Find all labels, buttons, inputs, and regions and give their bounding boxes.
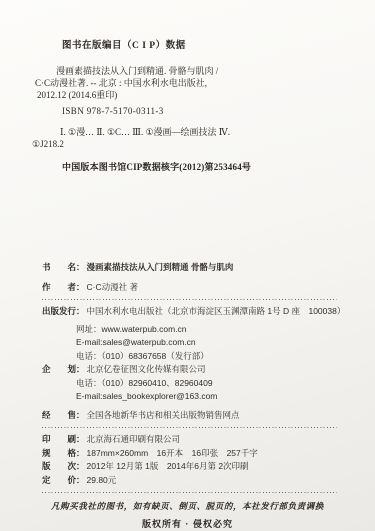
edition-label: 版次 bbox=[42, 460, 76, 474]
colon: ： bbox=[76, 410, 85, 420]
classification-line-1: Ⅰ. ①漫… Ⅱ. ①C… Ⅲ. ①漫画—绘画技法 Ⅳ. bbox=[60, 126, 365, 138]
distribution-value: 全国各地新华书店和相关出版物销售网点 bbox=[87, 410, 240, 420]
cip-line-title: 漫画素描技法从入门到精通. 骨骼与肌肉 / bbox=[56, 65, 365, 77]
colon: ： bbox=[76, 262, 85, 272]
colon: ： bbox=[76, 475, 85, 485]
distribution-row: 经售：全国各地新华书店和相关出版物销售网点 bbox=[0, 409, 375, 423]
format-value: 187mm×260mm 16开本 16印张 257千字 bbox=[87, 448, 258, 458]
cip-line-author-publisher: C·C动漫社著. -- 北京 : 中国水利水电出版社, bbox=[35, 77, 365, 89]
author-label: 作者 bbox=[42, 281, 76, 295]
edition-row: 版次：2012年 12月第 1版 2014年6月第 2次印刷 bbox=[0, 460, 375, 474]
edition-value: 2012年 12月第 1版 2014年6月第 2次印刷 bbox=[87, 461, 249, 471]
colon: ： bbox=[76, 448, 85, 458]
isbn-line: ISBN 978-7-5170-0311-3 bbox=[62, 105, 365, 117]
colon: ： bbox=[76, 306, 85, 316]
price-value: 29.80元 bbox=[87, 475, 117, 485]
author-row: 作者：C·C动漫社 著 bbox=[0, 281, 375, 295]
cip-line-date: 2012.12 (2014.6重印) bbox=[37, 89, 365, 101]
distribution-label: 经售 bbox=[42, 409, 76, 423]
book-title-value: 漫画素描技法从入门到精通 骨骼与肌肉 bbox=[87, 262, 234, 272]
planning-row: 企划：北京亿卷征图文化传媒有限公司 bbox=[0, 363, 375, 377]
book-title-row: 书名：漫画素描技法从入门到精通 骨骼与肌肉 bbox=[0, 261, 375, 275]
dotted-divider bbox=[42, 492, 337, 493]
colon: ： bbox=[76, 434, 85, 444]
colon: ： bbox=[76, 461, 85, 471]
publisher-label: 出版发行 bbox=[42, 305, 76, 319]
colon: ： bbox=[76, 282, 85, 292]
price-label: 定价 bbox=[42, 474, 76, 488]
exchange-notice: 凡购买我社的图书，如有缺页、倒页、脱页的，本社发行部负责调换 bbox=[0, 500, 375, 514]
printer-label: 印刷 bbox=[42, 433, 76, 447]
author-value: C·C动漫社 著 bbox=[87, 282, 138, 292]
printer-value: 北京海石通印刷有限公司 bbox=[87, 434, 181, 444]
price-row: 定价：29.80元 bbox=[0, 474, 375, 488]
planning-phone-row: 电话：（010）82960410、82960409 bbox=[0, 377, 375, 391]
planning-email-row: E-mail:sales_bookexplorer@163.com bbox=[0, 390, 375, 404]
format-label: 规格 bbox=[42, 447, 76, 461]
cip-title: 图书在版编目（C I P）数据 bbox=[62, 40, 375, 52]
classification-line-2: ①J218.2 bbox=[32, 138, 365, 150]
dotted-divider bbox=[42, 427, 337, 428]
printer-row: 印刷：北京海石通印刷有限公司 bbox=[0, 433, 375, 447]
format-row: 规格：187mm×260mm 16开本 16印张 257千字 bbox=[0, 447, 375, 461]
copyright-notice: 版权所有 · 侵权必究 bbox=[0, 518, 375, 531]
publisher-row: 出版发行：中国水利水电出版社（北京市海淀区玉渊潭南路 1号 D 座 100038… bbox=[0, 305, 375, 319]
publisher-email-row: E-mail:sales@waterpub.com.cn bbox=[0, 336, 375, 350]
cip-record-number: 中国版本图书馆CIP数据核字(2012)第253464号 bbox=[62, 161, 365, 173]
copyright-page: 图书在版编目（C I P）数据 漫画素描技法从入门到精通. 骨骼与肌肉 / C·… bbox=[0, 0, 375, 531]
cip-section: 图书在版编目（C I P）数据 漫画素描技法从入门到精通. 骨骼与肌肉 / C·… bbox=[0, 40, 375, 173]
book-title-label: 书名 bbox=[42, 261, 76, 275]
book-info-table: 书名：漫画素描技法从入门到精通 骨骼与肌肉 作者：C·C动漫社 著 出版发行：中… bbox=[0, 261, 375, 531]
publisher-website-row: 网址：www.waterpub.com.cn bbox=[0, 323, 375, 337]
publisher-phone-row: 电话：（010）68367658（发行部） bbox=[0, 350, 375, 364]
colon: ： bbox=[76, 364, 85, 374]
planning-value: 北京亿卷征图文化传媒有限公司 bbox=[87, 364, 206, 374]
planning-label: 企划 bbox=[42, 363, 76, 377]
publisher-value: 中国水利水电出版社（北京市海淀区玉渊潭南路 1号 D 座 100038） bbox=[87, 306, 346, 316]
dotted-divider bbox=[42, 299, 337, 300]
